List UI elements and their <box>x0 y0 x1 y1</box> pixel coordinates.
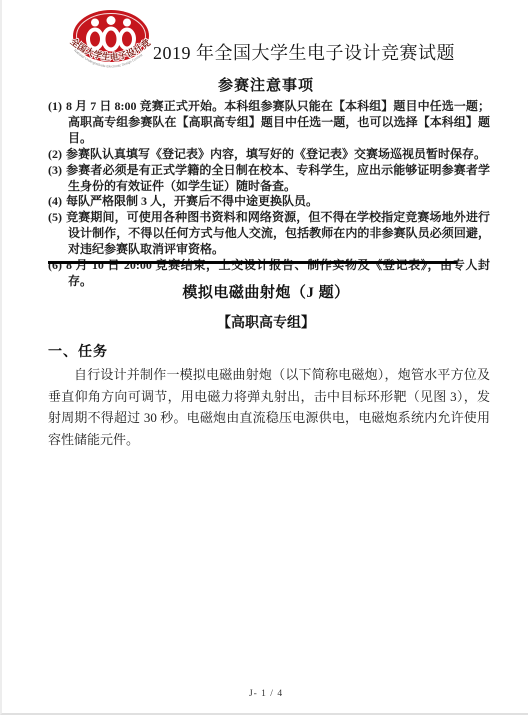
problem-title: 模拟电磁曲射炮（J 题） <box>2 281 528 302</box>
task-body-paragraph: 自行设计并制作一模拟电磁曲射炮（以下简称电磁炮），炮管水平方位及垂直仰角方向可调… <box>48 364 490 450</box>
page-number: J- 1 / 4 <box>2 689 528 699</box>
contest-logo-icon: 全国大学生电子设计竞赛 National Undergraduate Elect… <box>65 9 157 83</box>
notice-item-marker: (4) <box>48 194 62 208</box>
notice-item-text: 参赛者必须是有正式学籍的全日制在校本、专科学生，应出示能够证明参赛者学生身份的有… <box>66 163 490 193</box>
document-page: { "header": { "title": "2019 年全国大学生电子设计竞… <box>0 0 528 715</box>
notice-item-5: (5)竞赛期间，可使用各种图书资料和网络资源，但不得在学校指定竞赛场地外进行设计… <box>48 210 490 258</box>
notice-item-marker: (5) <box>48 210 62 224</box>
notice-item-marker: (3) <box>48 163 62 177</box>
notice-item-2: (2)参赛队认真填写《登记表》内容，填写好的《登记表》交赛场巡视员暂时保存。 <box>48 147 490 163</box>
notice-item-text: 8 月 7 日 8:00 竞赛正式开始。本科组参赛队只能在【本科组】题目中任选一… <box>66 99 490 145</box>
document-title: 2019 年全国大学生电子设计竞赛试题 <box>153 39 455 65</box>
notice-item-marker: (1) <box>48 99 62 113</box>
notice-item-marker: (2) <box>48 147 62 161</box>
notice-item-3: (3)参赛者必须是有正式学籍的全日制在校本、专科学生，应出示能够证明参赛者学生身… <box>48 163 490 195</box>
notice-item-1: (1)8 月 7 日 8:00 竞赛正式开始。本科组参赛队只能在【本科组】题目中… <box>48 99 490 147</box>
notice-item-text: 竞赛期间，可使用各种图书资料和网络资源，但不得在学校指定竞赛场地外进行设计制作，… <box>66 210 490 256</box>
contest-logo: 全国大学生电子设计竞赛 National Undergraduate Elect… <box>65 9 157 83</box>
group-label: 【高职高专组】 <box>2 312 528 332</box>
notice-item-4: (4)每队严格限制 3 人，开赛后不得中途更换队员。 <box>48 194 490 210</box>
task-section-heading: 一、任务 <box>48 341 108 361</box>
notice-item-text: 参赛队认真填写《登记表》内容，填写好的《登记表》交赛场巡视员暂时保存。 <box>66 147 486 161</box>
section-divider <box>48 261 457 264</box>
notice-heading: 参赛注意事项 <box>2 74 528 95</box>
notice-item-text: 每队严格限制 3 人，开赛后不得中途更换队员。 <box>66 194 318 208</box>
